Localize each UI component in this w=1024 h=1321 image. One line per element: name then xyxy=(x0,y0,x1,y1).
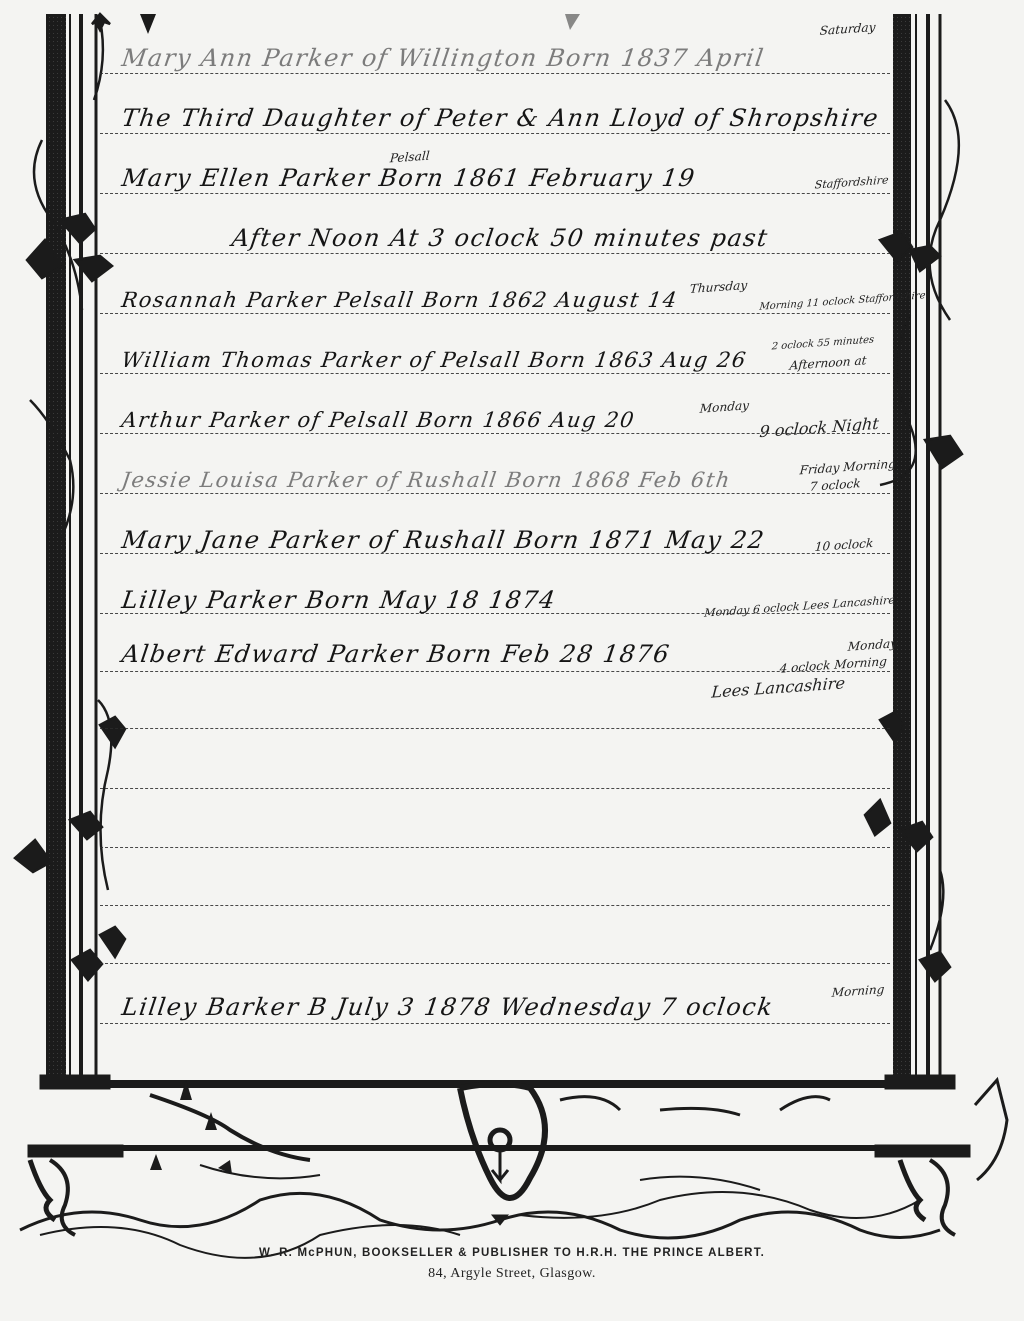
register-entry: Lilley Barker B July 3 1878 Wednesday 7 … xyxy=(120,993,889,1021)
ruled-line xyxy=(100,373,890,374)
ruled-line xyxy=(100,193,890,194)
ruled-line xyxy=(100,905,890,906)
register-entry: Jessie Louisa Parker of Rushall Born 186… xyxy=(120,468,888,492)
ruled-line xyxy=(100,133,890,134)
ivy-vine-decoration-icon xyxy=(15,14,962,981)
register-entry: After Noon At 3 oclock 50 minutes past xyxy=(230,224,894,252)
publisher-imprint: W. R. McPHUN, BOOKSELLER & PUBLISHER TO … xyxy=(0,1247,1024,1259)
ruled-line xyxy=(100,847,890,848)
ruled-line xyxy=(100,313,890,314)
register-page: Mary Ann Parker of Willington Born 1837 … xyxy=(0,0,1024,1321)
register-entry: Albert Edward Parker Born Feb 28 1876 xyxy=(120,640,889,668)
ruled-line xyxy=(100,728,890,729)
register-entry: Mary Ellen Parker Born 1861 February 19 xyxy=(120,164,889,192)
ruled-line xyxy=(100,963,890,964)
entry-superscript: Pelsall xyxy=(389,149,430,166)
ruled-line xyxy=(100,253,890,254)
publisher-address: 84, Argyle Street, Glasgow. xyxy=(0,1266,1024,1282)
register-entry: Mary Jane Parker of Rushall Born 1871 Ma… xyxy=(120,526,889,554)
ruled-line xyxy=(100,671,890,672)
left-pillar xyxy=(28,14,123,1235)
ruled-line xyxy=(100,1023,890,1024)
right-pillar xyxy=(875,14,1007,1235)
register-entry: The Third Daughter of Peter & Ann Lloyd … xyxy=(120,104,889,132)
ruled-line xyxy=(100,788,890,789)
ruled-line xyxy=(100,493,890,494)
register-entry: Mary Ann Parker of Willington Born 1837 … xyxy=(120,44,889,72)
ruled-line xyxy=(100,73,890,74)
scrollwork-base-ornament-icon xyxy=(20,1084,940,1258)
